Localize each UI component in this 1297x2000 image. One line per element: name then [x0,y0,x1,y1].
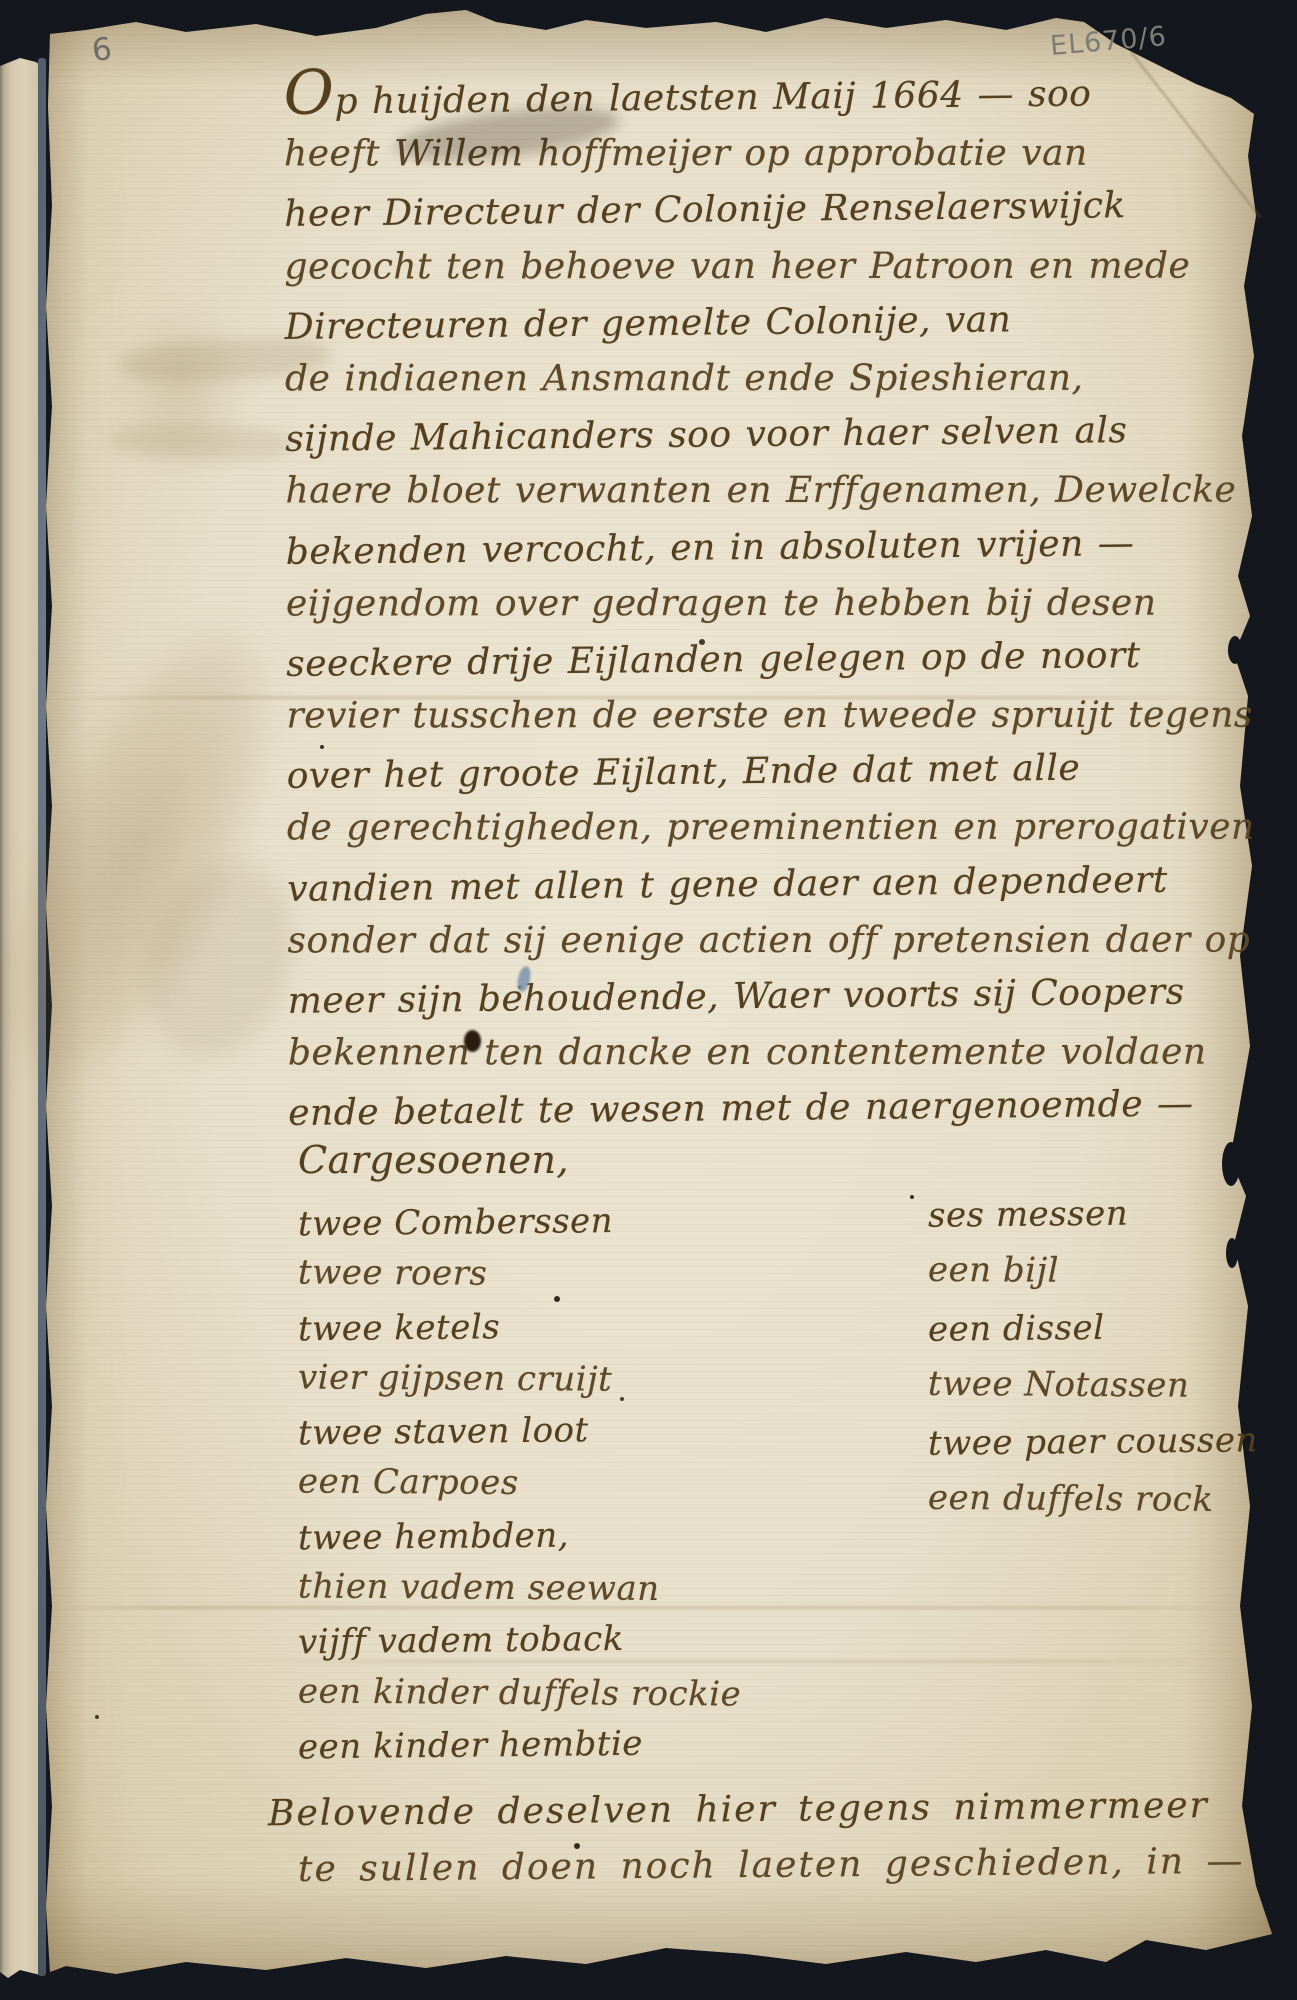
manuscript-scan: 6 EL670/6 Op huijden den laetsten Maij 1… [0,0,1297,2000]
binding-fold-line [38,58,46,1976]
body-line: Directeuren der gemelte Colonije, van [285,290,1226,356]
closing-line: te sullen doen noch laeten geschieden, i… [268,1834,1245,1899]
body-line: eijgendom over gedragen te hebben bij de… [286,575,1226,632]
body-line: meer sijn behoudende, Waer voorts sij Co… [287,964,1228,1030]
goods-item: een bijl [928,1242,1258,1301]
goods-item: twee roers [298,1247,742,1302]
body-line: de gerechtigheden, preeminentien en prer… [287,800,1227,857]
goods-item: twee Comberssen [298,1194,742,1251]
body-line: revier tusschen de eerste en tweede spru… [286,688,1226,745]
body-line: bekennen ten dancke en contentemente vol… [288,1025,1228,1082]
body-line: sijnde Mahicanders soo voor haer selven … [285,402,1226,468]
body-line: over het groote Eijlant, Ende dat met al… [286,739,1227,805]
pencil-folio-number: 6 [90,31,113,69]
goods-item: twee hembden, [298,1507,742,1564]
goods-item: twee ketels [298,1298,742,1355]
goods-list-right-column: ses messen een bijl een dissel twee Nota… [928,1186,1258,1528]
body-line: haere bloet verwanten en Erffgenamen, De… [285,463,1225,520]
body-line: heeft Willem hoffmeijer op approbatie va… [284,126,1224,183]
body-line: Op huijden den laetsten Maij 1664 — soo [284,65,1225,131]
goods-list-left-column: twee Comberssen twee roers twee ketels v… [298,1196,741,1771]
goods-list-heading: Cargesoenen, [298,1138,569,1182]
body-line: ende betaelt te wesen met de naergenoemd… [288,1076,1229,1142]
body-line: de indiaenen Ansmandt ende Spieshieran, [285,351,1225,408]
goods-item: een kinder hembtie [298,1717,742,1774]
body-line: seeckere drije Eijlanden gelegen op de n… [286,627,1227,693]
goods-item: een dissel [928,1298,1258,1358]
goods-item: vier gijpsen cruijt [298,1351,742,1406]
goods-item: thien vadem seewan [298,1561,742,1616]
goods-item: ses messen [928,1184,1258,1244]
body-line: heer Directeur der Colonije Renselaerswi… [284,177,1225,243]
goods-item: een duffels rock [928,1470,1258,1529]
goods-item: een Carpoes [298,1456,742,1511]
body-line: gecocht ten behoeve van heer Patroon en … [285,238,1225,295]
deed-body-text: Op huijden den laetsten Maij 1664 — soo … [284,68,1229,1140]
closing-line: Belovende deselven hier tegens nimmermee… [268,1778,1245,1843]
body-line: vandien met allen t gene daer aen depend… [287,852,1228,918]
body-line: bekenden vercocht, en in absoluten vrije… [285,515,1226,581]
closing-clause: Belovende deselven hier tegens nimmermee… [268,1782,1244,1894]
goods-item: twee paer coussen [928,1412,1258,1472]
goods-item: vijff vadem toback [298,1612,742,1669]
goods-item: twee Notassen [928,1356,1258,1415]
goods-item: twee staven loot [298,1403,742,1460]
body-line: sonder dat sij eenige actien off pretens… [287,912,1227,969]
goods-item: een kinder duffels rockie [298,1665,742,1720]
